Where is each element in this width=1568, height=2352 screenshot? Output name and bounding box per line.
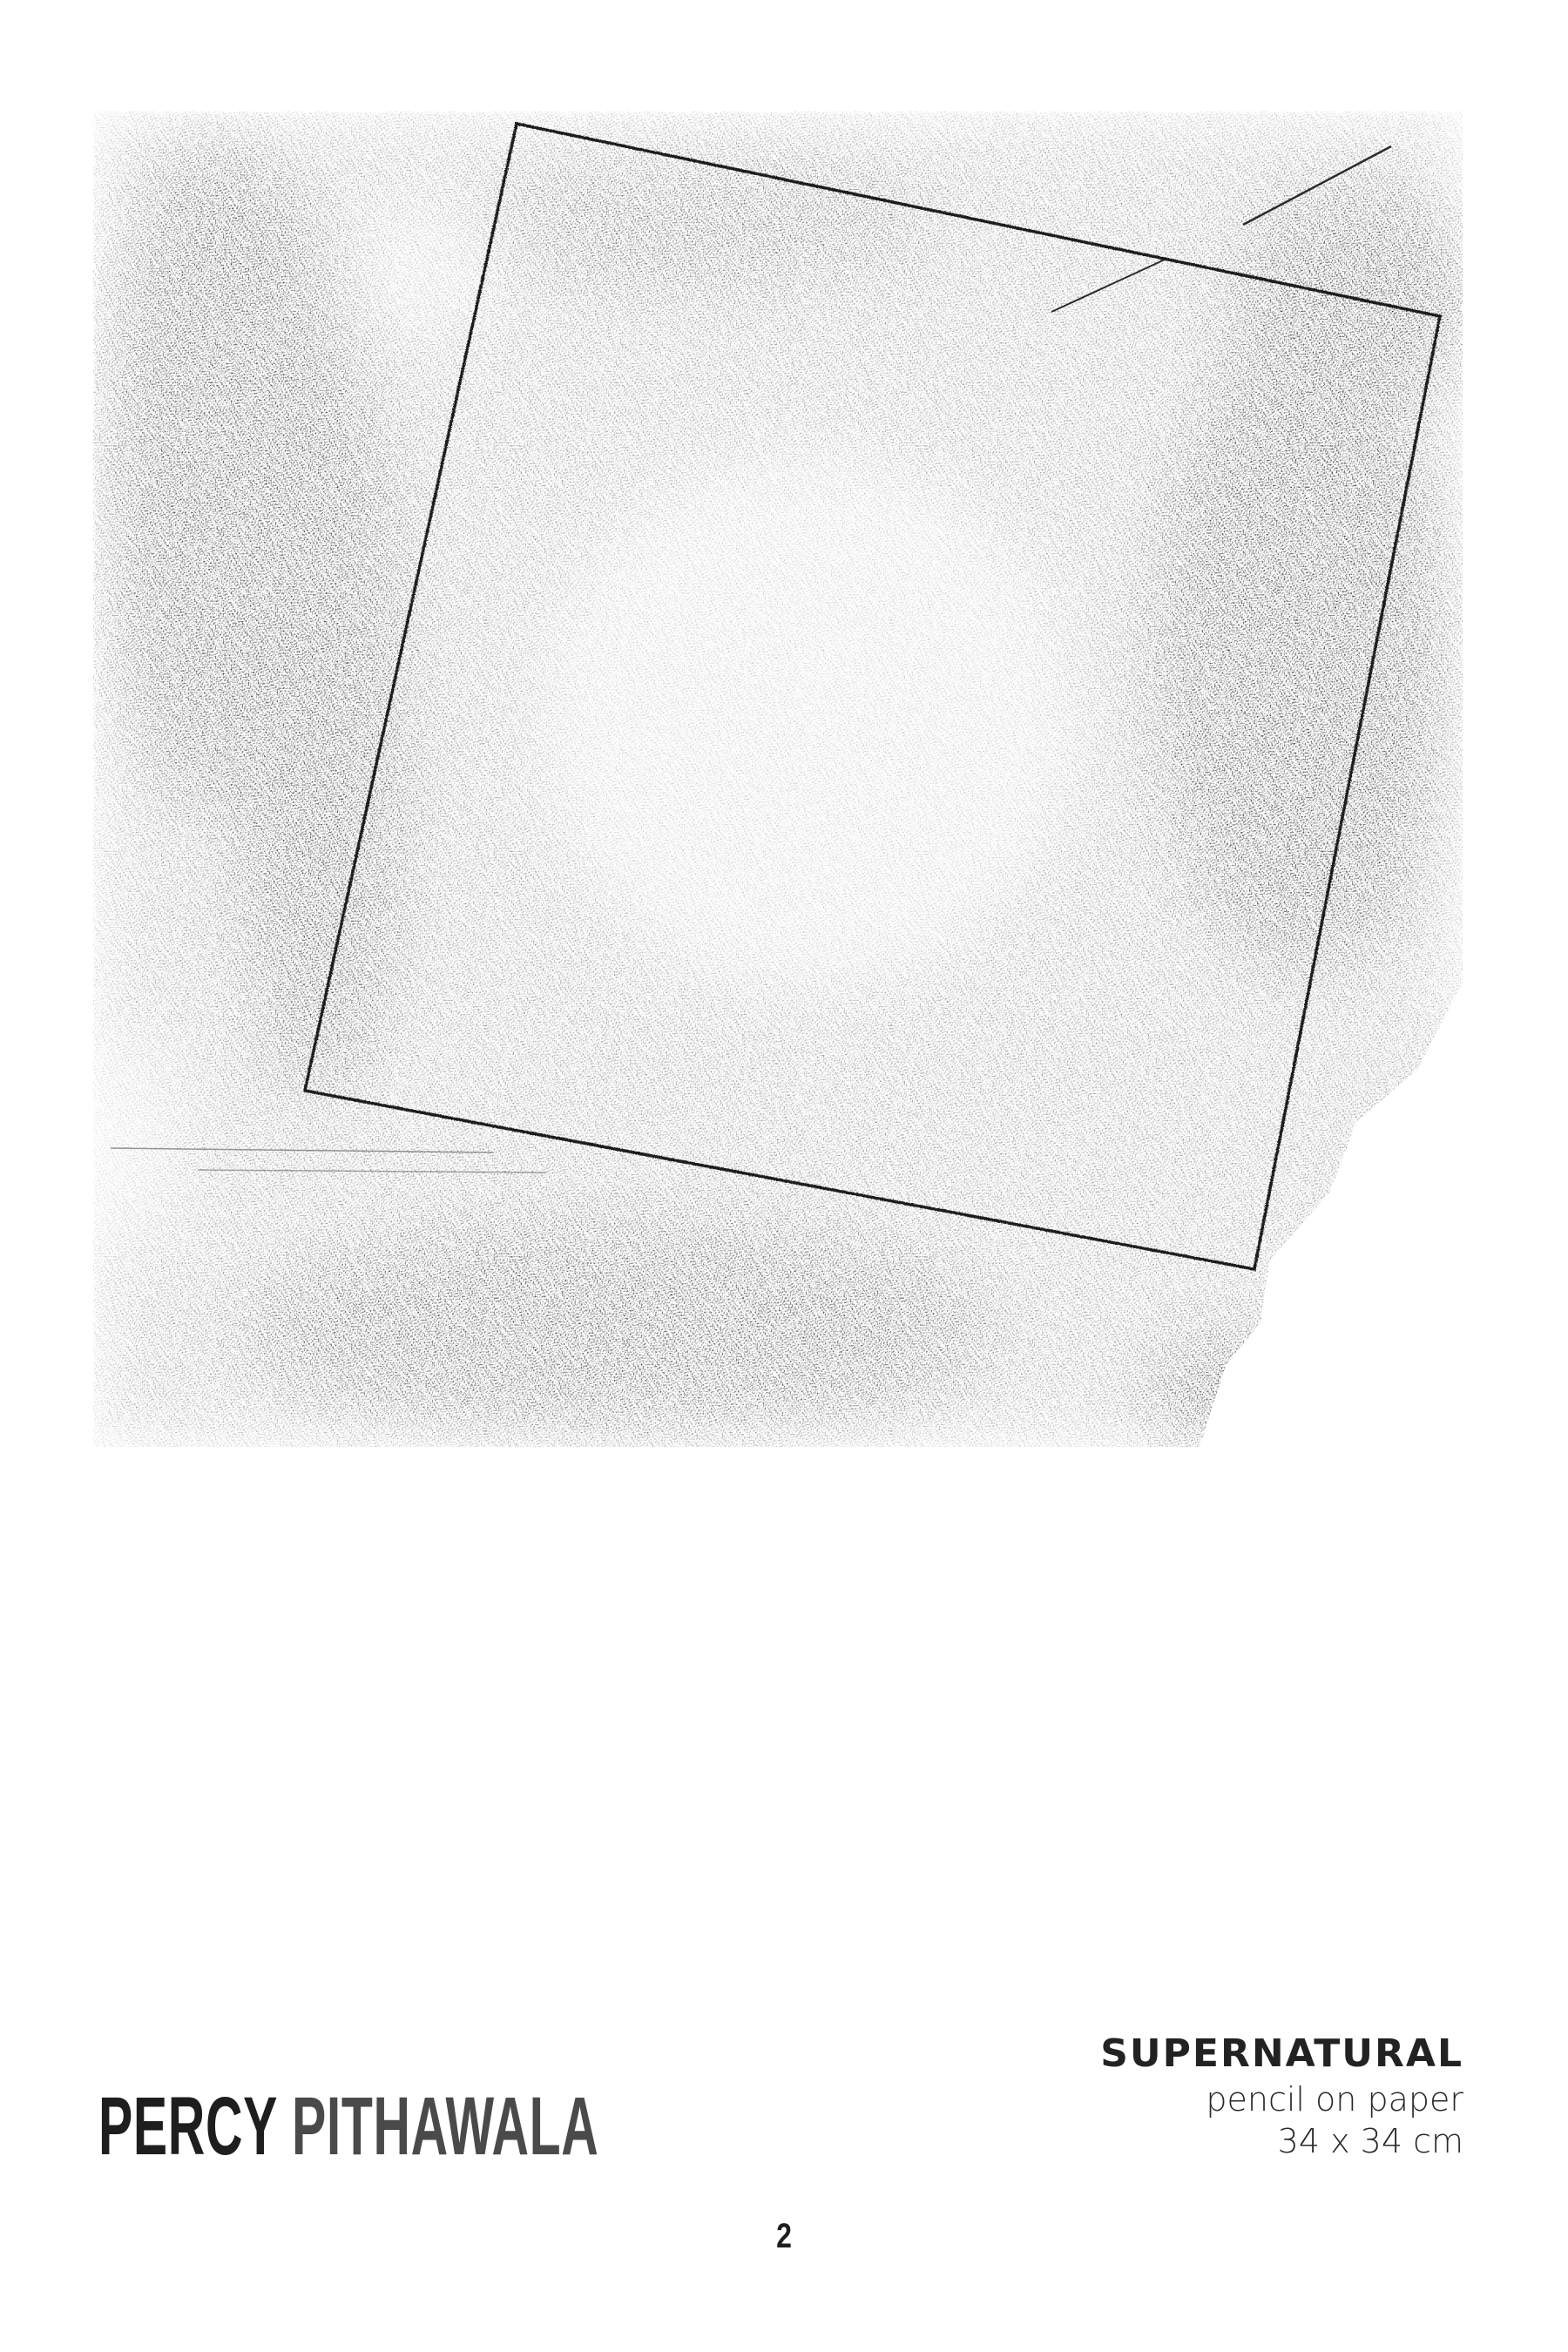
artwork-dimensions: 34 x 34 cm <box>1100 2120 1463 2162</box>
page-number: 2 <box>157 2217 1411 2256</box>
artwork-title: SUPERNATURAL <box>1100 2030 1463 2078</box>
artist-first-name: PERCY <box>98 2080 277 2173</box>
artwork-caption: SUPERNATURAL pencil on paper 34 x 34 cm <box>1100 2030 1463 2162</box>
artwork-medium: pencil on paper <box>1100 2078 1463 2120</box>
artist-last-name: PITHAWALA <box>292 2080 598 2173</box>
artist-name: PERCY PITHAWALA <box>98 2087 598 2166</box>
artwork-image <box>93 112 1463 1447</box>
